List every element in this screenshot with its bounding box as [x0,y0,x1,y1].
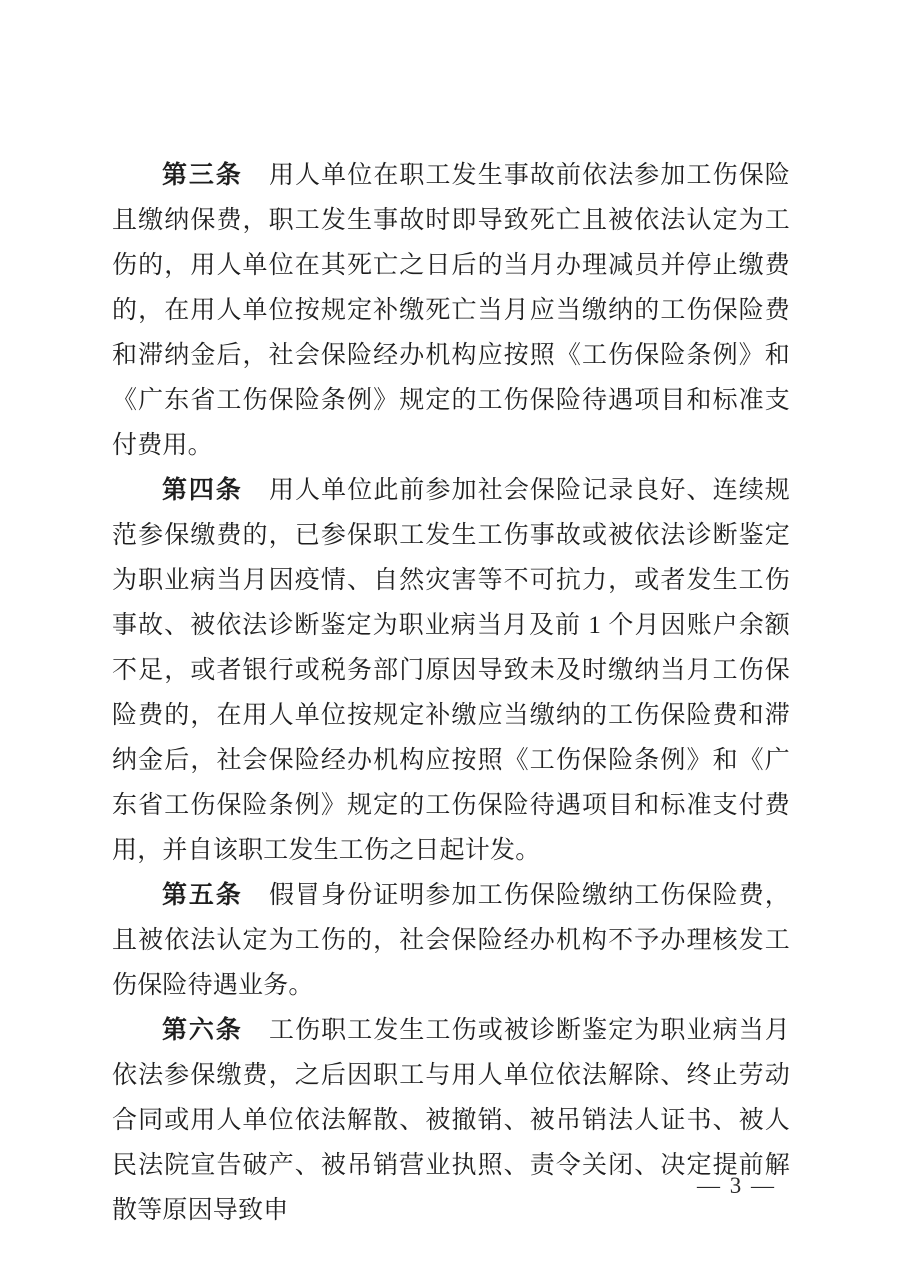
article-6-number: 第六条 [162,1016,243,1044]
document-body: 第三条用人单位在职工发生事故前依法参加工伤保险且缴纳保费，职工发生事故时即导致死… [112,153,790,1233]
article-3-text: 用人单位在职工发生事故前依法参加工伤保险且缴纳保费，职工发生事故时即导致死亡且被… [112,162,790,459]
article-3-number: 第三条 [162,161,243,189]
article-3-paragraph: 第三条用人单位在职工发生事故前依法参加工伤保险且缴纳保费，职工发生事故时即导致死… [112,153,790,468]
article-4-number: 第四条 [162,476,243,504]
article-5-number: 第五条 [162,881,243,909]
article-5-paragraph: 第五条假冒身份证明参加工伤保险缴纳工伤保险费，且被依法认定为工伤的，社会保险经办… [112,873,790,1008]
page-number: — 3 — [697,1170,790,1202]
scanned-document-page: 第三条用人单位在职工发生事故前依法参加工伤保险且缴纳保费，职工发生事故时即导致死… [0,0,900,1272]
article-4-paragraph: 第四条用人单位此前参加社会保险记录良好、连续规范参保缴费的，已参保职工发生工伤事… [112,468,790,873]
page-footer: — 3 — [112,1170,790,1202]
article-4-text: 用人单位此前参加社会保险记录良好、连续规范参保缴费的，已参保职工发生工伤事故或被… [112,477,790,864]
